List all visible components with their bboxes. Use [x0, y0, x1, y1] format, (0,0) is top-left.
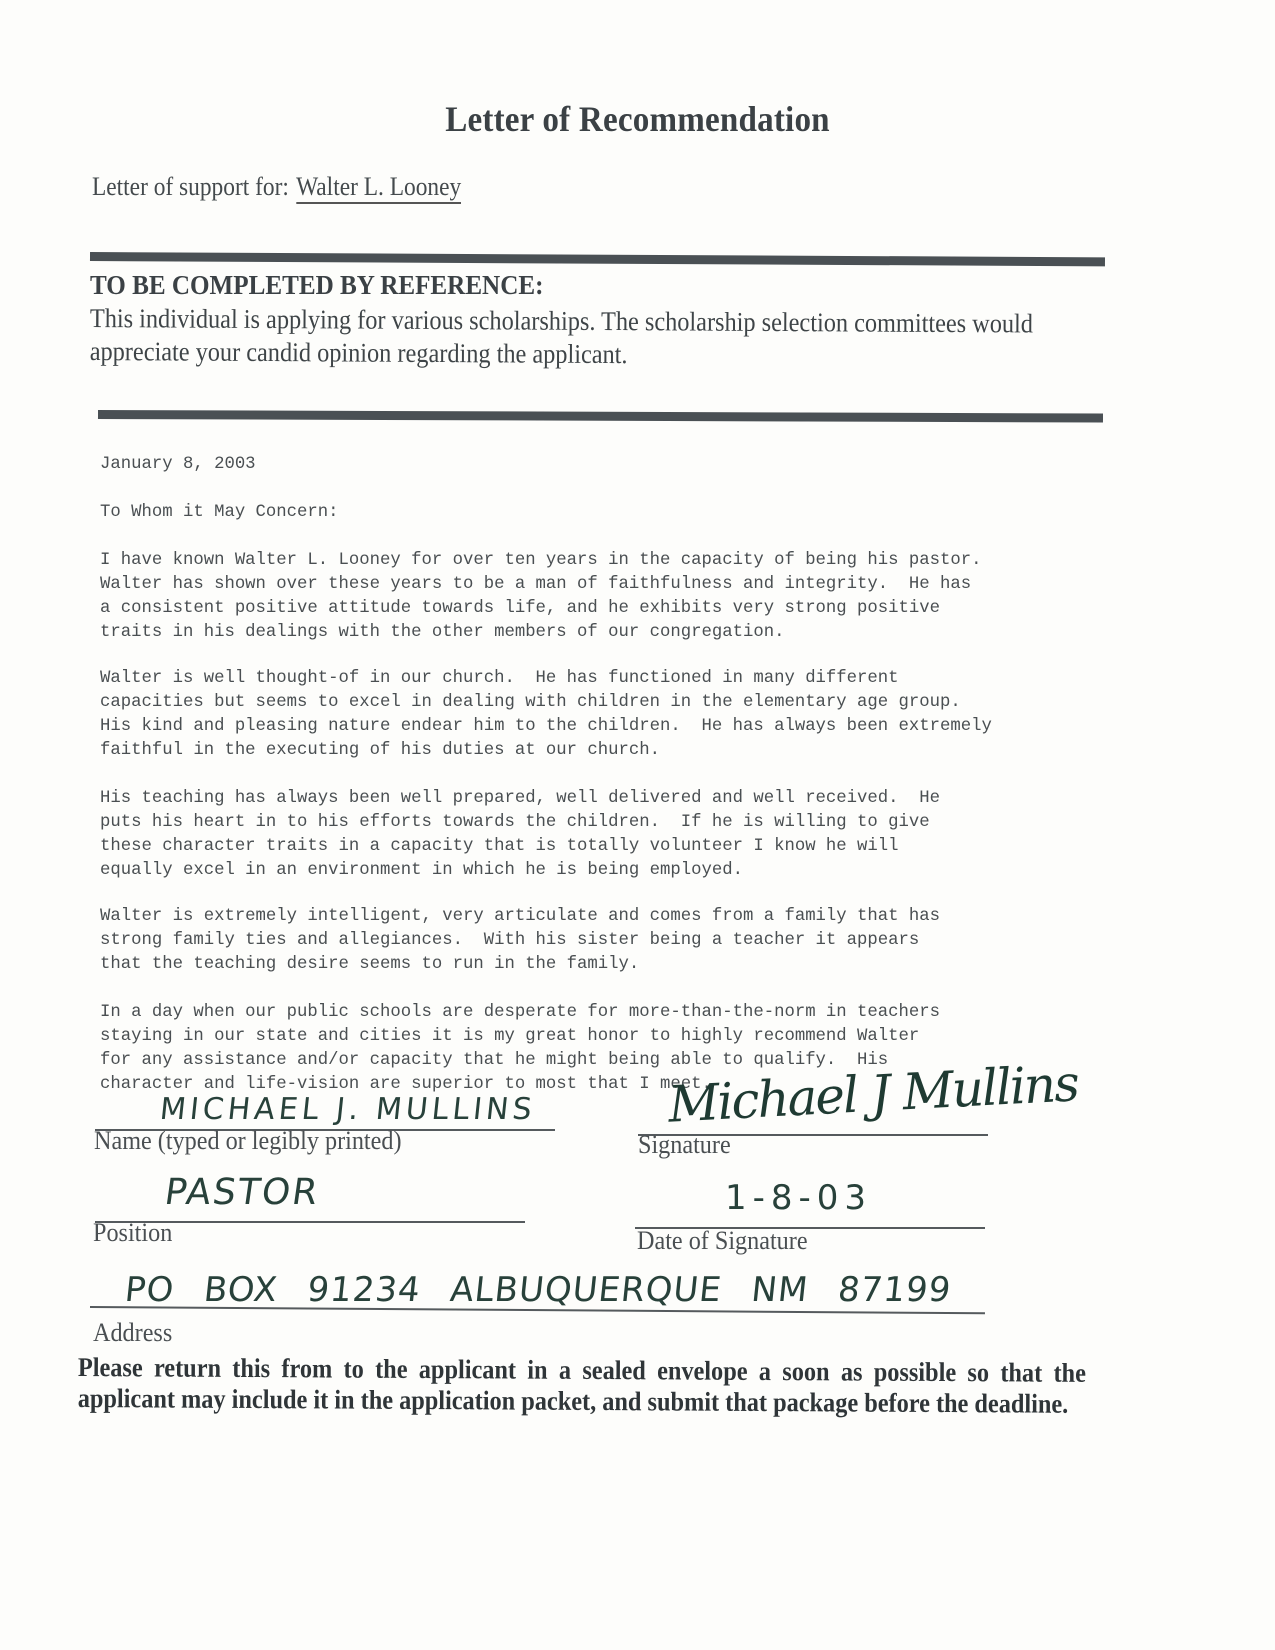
- divider-bottom: [98, 410, 1103, 423]
- applicant-name: Walter L. Looney: [296, 172, 461, 204]
- address-field-value[interactable]: PO BOX 91234 ALBUQUERQUE NM 87199: [123, 1270, 954, 1310]
- return-instructions: Please return this from to the applicant…: [78, 1352, 1086, 1420]
- letter-paragraph: His teaching has always been well prepar…: [100, 787, 940, 883]
- date-of-signature-label: Date of Signature: [637, 1226, 808, 1256]
- date-of-signature-value[interactable]: 1-8-03: [725, 1178, 872, 1218]
- divider-top: [90, 252, 1105, 266]
- address-field-label: Address: [93, 1318, 172, 1348]
- letter-paragraph: I have known Walter L. Looney for over t…: [100, 549, 982, 645]
- support-label: Letter of support for:: [92, 172, 289, 201]
- position-field-value[interactable]: PASTOR: [162, 1172, 322, 1213]
- letter-salutation: To Whom it May Concern:: [100, 501, 339, 525]
- letter-date: January 8, 2003: [100, 453, 256, 477]
- reference-instructions: This individual is applying for various …: [90, 302, 1107, 374]
- name-field-value[interactable]: MICHAEL J. MULLINS: [158, 1092, 537, 1127]
- position-field-label: Position: [93, 1218, 172, 1248]
- letter-of-support-row: Letter of support for:Walter L. Looney: [92, 172, 461, 202]
- letter-paragraph: Walter is extremely intelligent, very ar…: [100, 905, 940, 977]
- name-field-label: Name (typed or legibly printed): [94, 1126, 402, 1156]
- signature-field-label: Signature: [638, 1130, 731, 1160]
- page-title: Letter of Recommendation: [51, 98, 1224, 140]
- reference-heading: TO BE COMPLETED BY REFERENCE:: [90, 270, 543, 301]
- letter-paragraph: Walter is well thought-of in our church.…: [100, 667, 992, 763]
